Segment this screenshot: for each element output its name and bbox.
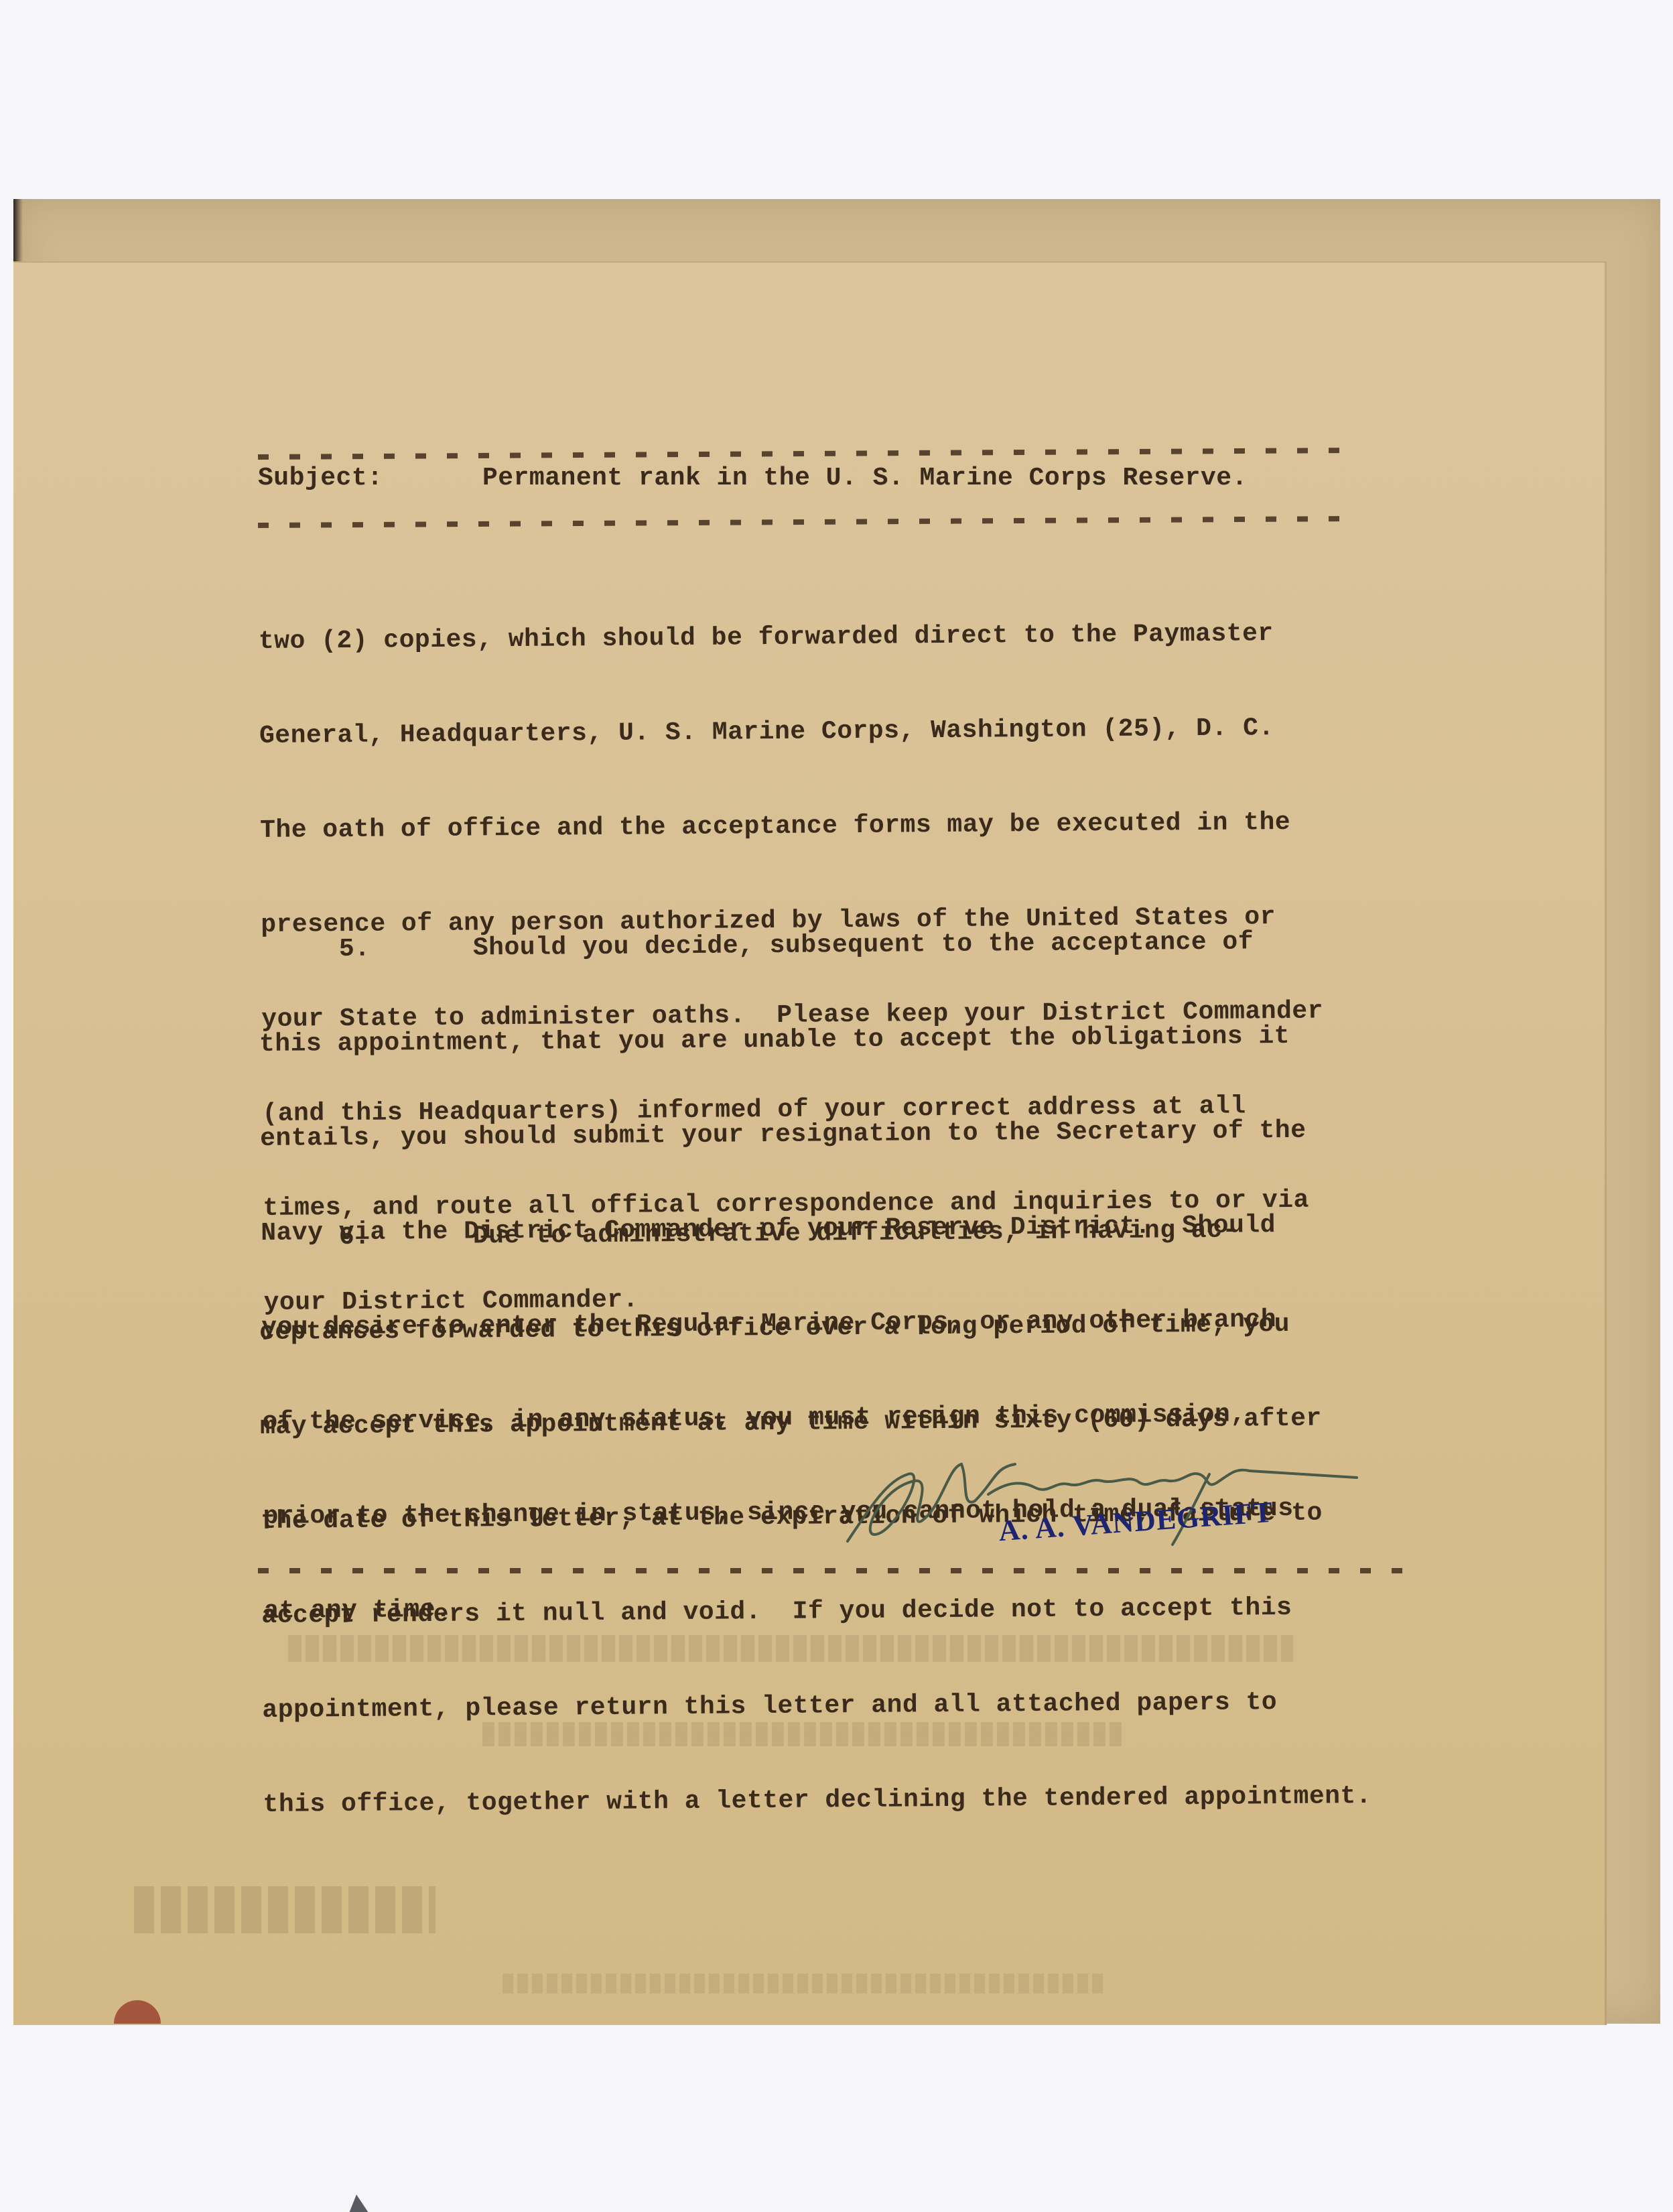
text-line: may accept this appointment at any time … xyxy=(260,1403,1369,1443)
bleed-through-stamp xyxy=(134,1886,436,1933)
text-line: appointment, please return this letter a… xyxy=(262,1686,1371,1726)
text-line: entails, you should submit your resignat… xyxy=(260,1115,1307,1155)
text-line: 6.Due to administrative difficulties, in… xyxy=(259,1214,1367,1254)
subject-label: Subject: xyxy=(258,462,383,494)
mouse-cursor-icon xyxy=(348,2195,370,2212)
text-line: accept renders it null and void. If you … xyxy=(261,1591,1370,1632)
text-line: this appointment, that you are unable to… xyxy=(259,1021,1306,1060)
text-line-first: Should you decide, subsequent to the acc… xyxy=(473,927,1254,962)
text-line: ceptances forwarded to this office over … xyxy=(259,1308,1368,1348)
text-line: 5.Should you decide, subsequent to the a… xyxy=(259,926,1305,966)
subject-text: Permanent rank in the U. S. Marine Corps… xyxy=(482,462,1248,494)
text-line-first: Due to administrative difficulties, in h… xyxy=(473,1216,1238,1251)
paragraph-number: 6. xyxy=(339,1220,473,1253)
paragraph-number: 5. xyxy=(339,932,473,965)
bleed-through-text xyxy=(503,1973,1106,1994)
text-line: this office, together with a letter decl… xyxy=(263,1780,1371,1821)
text-line: two (2) copies, which should be forwarde… xyxy=(259,618,1321,657)
text-line: General, Headquarters, U. S. Marine Corp… xyxy=(259,712,1321,752)
text-line: The oath of office and the acceptance fo… xyxy=(260,807,1322,846)
divider-dashed-lower xyxy=(258,1568,1417,1573)
